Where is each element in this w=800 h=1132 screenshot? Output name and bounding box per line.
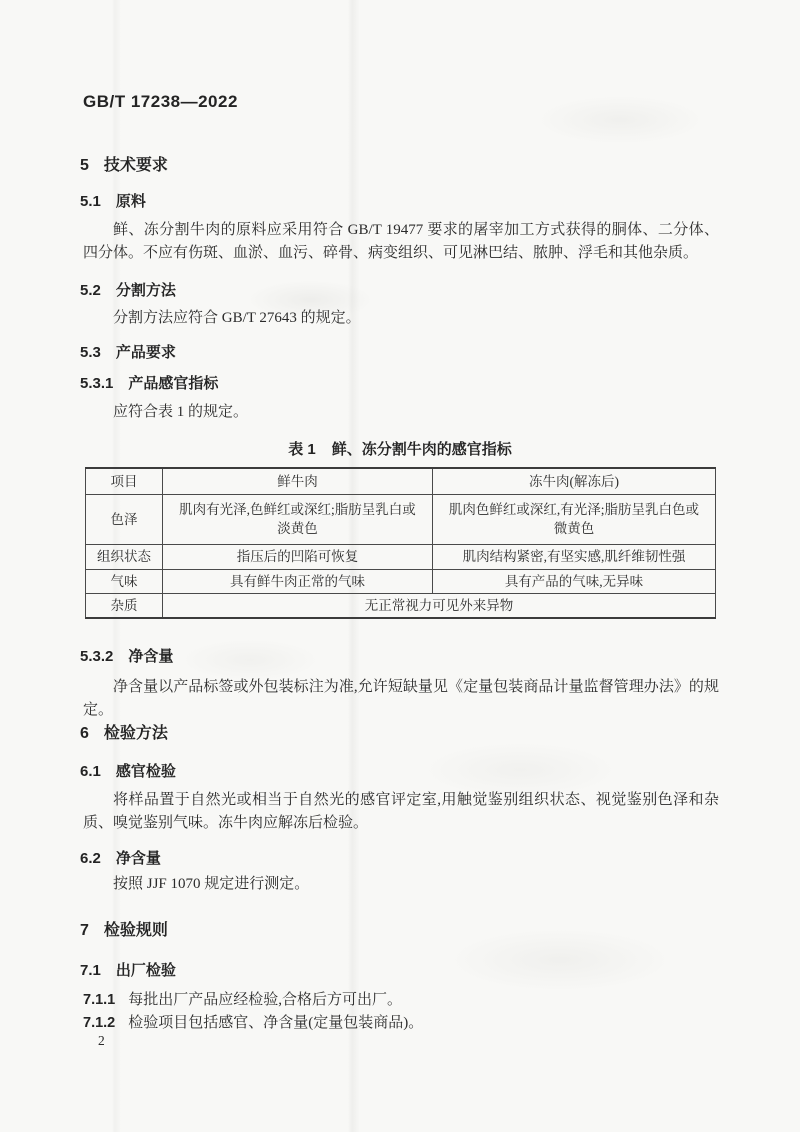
heading-5-3-1: 5.3.1产品感官指标 bbox=[80, 372, 218, 393]
heading-ch7-num: 7 bbox=[80, 922, 89, 940]
paragraph-5-3-2: 净含量以产品标签或外包装标注为准,允许短缺量见《定量包装商品计量监督管理办法》的… bbox=[83, 676, 719, 722]
heading-6-1-num: 6.1 bbox=[80, 763, 101, 780]
table-header-row: 项目 鲜牛肉 冻牛肉(解冻后) bbox=[86, 468, 716, 494]
sensory-table: 项目 鲜牛肉 冻牛肉(解冻后) 色泽 肌肉有光泽,色鲜红或深红;脂肪呈乳白或淡黄… bbox=[85, 467, 716, 619]
clause-7-1-1-text: 每批出厂产品应经检验,合格后方可出厂。 bbox=[128, 992, 402, 1008]
table-cell-fresh: 肌肉有光泽,色鲜红或深红;脂肪呈乳白或淡黄色 bbox=[163, 494, 433, 544]
heading-5-3-2: 5.3.2净含量 bbox=[80, 645, 173, 666]
paragraph-5-3-1: 应符合表 1 的规定。 bbox=[83, 401, 719, 424]
table1-caption: 表 1鲜、冻分割牛肉的感官指标 bbox=[85, 438, 715, 459]
doc-code: GB/T 17238—2022 bbox=[83, 92, 238, 112]
paragraph-6-1: 将样品置于自然光或相当于自然光的感官评定室,用触觉鉴别组织状态、视觉鉴别色泽和杂… bbox=[83, 789, 719, 835]
heading-5-3: 5.3产品要求 bbox=[80, 341, 176, 362]
heading-ch7: 7检验规则 bbox=[80, 917, 168, 940]
heading-7-1-num: 7.1 bbox=[80, 962, 101, 979]
table-row: 色泽 肌肉有光泽,色鲜红或深红;脂肪呈乳白或淡黄色 肌肉色鲜红或深红,有光泽;脂… bbox=[86, 494, 716, 544]
clause-7-1-2-text: 检验项目包括感官、净含量(定量包装商品)。 bbox=[128, 1015, 423, 1031]
table-cell-frozen: 具有产品的气味,无异味 bbox=[433, 569, 716, 593]
heading-5-3-1-title: 产品感官指标 bbox=[128, 375, 218, 392]
clause-7-1-2: 7.1.2检验项目包括感官、净含量(定量包装商品)。 bbox=[83, 1012, 423, 1035]
paragraph-5-1: 鲜、冻分割牛肉的原料应采用符合 GB/T 19477 要求的屠宰加工方式获得的胴… bbox=[83, 219, 719, 265]
heading-5-2-title: 分割方法 bbox=[116, 282, 176, 299]
heading-5-3-1-num: 5.3.1 bbox=[80, 375, 113, 392]
clause-7-1-2-num: 7.1.2 bbox=[83, 1012, 115, 1035]
heading-5-3-num: 5.3 bbox=[80, 344, 101, 361]
heading-6-1: 6.1感官检验 bbox=[80, 760, 176, 781]
heading-6-2-title: 净含量 bbox=[116, 850, 161, 867]
paragraph-6-2: 按照 JJF 1070 规定进行测定。 bbox=[83, 873, 719, 896]
table-cell-item: 气味 bbox=[86, 569, 163, 593]
table-cell-item: 杂质 bbox=[86, 593, 163, 618]
clause-7-1-1: 7.1.1每批出厂产品应经检验,合格后方可出厂。 bbox=[83, 989, 402, 1012]
heading-5-1-title: 原料 bbox=[116, 193, 146, 210]
heading-ch6-title: 检验方法 bbox=[104, 725, 168, 742]
table-cell-span: 无正常视力可见外来异物 bbox=[163, 593, 716, 618]
heading-5-3-title: 产品要求 bbox=[116, 344, 176, 361]
heading-ch5: 5技术要求 bbox=[80, 152, 168, 175]
table-row: 气味 具有鲜牛肉正常的气味 具有产品的气味,无异味 bbox=[86, 569, 716, 593]
table-header-item: 项目 bbox=[86, 468, 163, 494]
clause-7-1-1-num: 7.1.1 bbox=[83, 989, 115, 1012]
table-header-fresh: 鲜牛肉 bbox=[163, 468, 433, 494]
heading-5-3-2-num: 5.3.2 bbox=[80, 648, 113, 665]
page-number: 2 bbox=[98, 1033, 105, 1049]
heading-ch6: 6检验方法 bbox=[80, 720, 168, 743]
table-row: 杂质 无正常视力可见外来异物 bbox=[86, 593, 716, 618]
table-cell-frozen: 肌肉结构紧密,有坚实感,肌纤维韧性强 bbox=[433, 544, 716, 569]
document-page: GB/T 17238—2022 5技术要求 5.1原料 鲜、冻分割牛肉的原料应采… bbox=[0, 0, 800, 1132]
heading-ch5-title: 技术要求 bbox=[104, 157, 168, 174]
heading-6-2: 6.2净含量 bbox=[80, 847, 161, 868]
heading-7-1: 7.1出厂检验 bbox=[80, 959, 176, 980]
table-header-frozen: 冻牛肉(解冻后) bbox=[433, 468, 716, 494]
table-row: 组织状态 指压后的凹陷可恢复 肌肉结构紧密,有坚实感,肌纤维韧性强 bbox=[86, 544, 716, 569]
heading-6-2-num: 6.2 bbox=[80, 850, 101, 867]
table-cell-frozen: 肌肉色鲜红或深红,有光泽;脂肪呈乳白色或微黄色 bbox=[433, 494, 716, 544]
heading-5-2-num: 5.2 bbox=[80, 282, 101, 299]
heading-7-1-title: 出厂检验 bbox=[116, 962, 176, 979]
table1-caption-label: 表 1 bbox=[288, 441, 316, 458]
heading-ch5-num: 5 bbox=[80, 157, 89, 175]
heading-5-3-2-title: 净含量 bbox=[128, 648, 173, 665]
table-cell-fresh: 指压后的凹陷可恢复 bbox=[163, 544, 433, 569]
heading-5-1: 5.1原料 bbox=[80, 190, 146, 211]
table-cell-fresh: 具有鲜牛肉正常的气味 bbox=[163, 569, 433, 593]
heading-5-1-num: 5.1 bbox=[80, 193, 101, 210]
table1-caption-title: 鲜、冻分割牛肉的感官指标 bbox=[332, 441, 512, 458]
heading-5-2: 5.2分割方法 bbox=[80, 279, 176, 300]
table-cell-item: 色泽 bbox=[86, 494, 163, 544]
heading-6-1-title: 感官检验 bbox=[116, 763, 176, 780]
table-cell-item: 组织状态 bbox=[86, 544, 163, 569]
heading-ch6-num: 6 bbox=[80, 725, 89, 743]
paragraph-5-2: 分割方法应符合 GB/T 27643 的规定。 bbox=[83, 307, 719, 330]
heading-ch7-title: 检验规则 bbox=[104, 922, 168, 939]
